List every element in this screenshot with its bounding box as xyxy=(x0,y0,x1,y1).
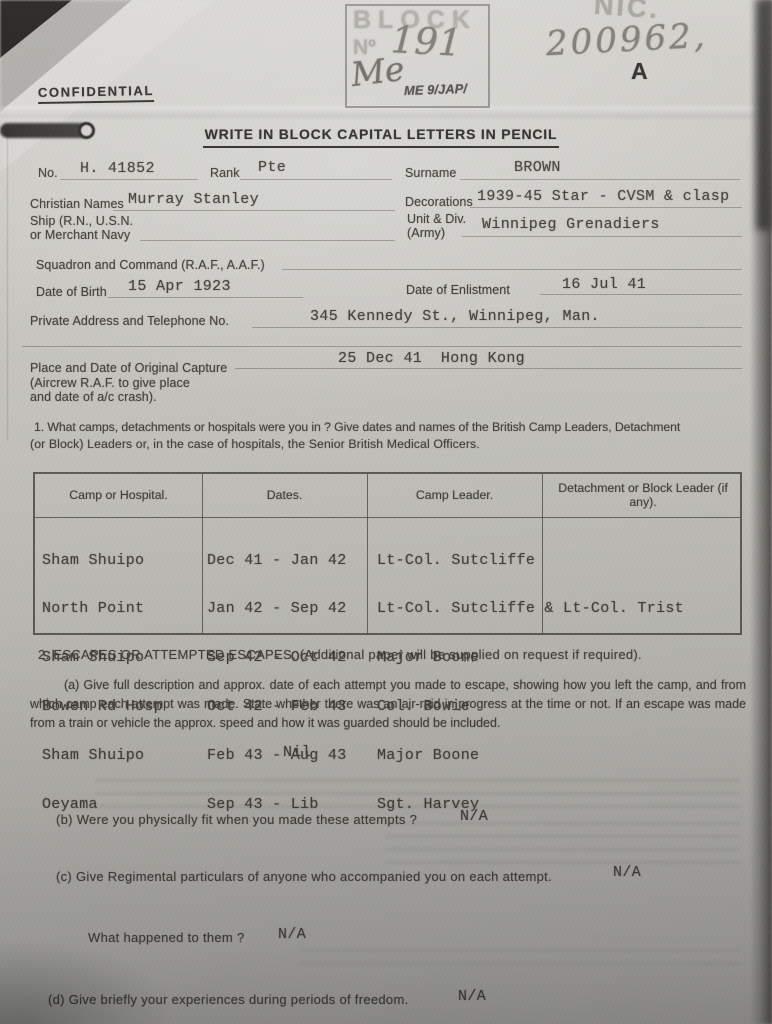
no-field-value: H. 41852 xyxy=(80,160,155,177)
question1-line2: (or Block) Leaders or, in the case of ho… xyxy=(30,437,480,451)
private-address-label: Private Address and Telephone No. xyxy=(30,314,229,328)
question2c2-answer: N/A xyxy=(278,926,306,943)
block-number-stamp-box: BLOCK Nº 191 Me ME 9/JAP/ xyxy=(345,4,490,108)
table-header-camp: Camp or Hospital. xyxy=(35,488,202,502)
christian-names-label: Christian Names xyxy=(30,197,124,211)
scanned-pow-questionnaire-page: BLOCK Nº 191 Me ME 9/JAP/ NIC. 200962, A… xyxy=(0,0,772,1024)
squadron-command-label: Squadron and Command (R.A.F., A.A.F.) xyxy=(36,258,265,272)
form-instruction-heading: WRITE IN BLOCK CAPITAL LETTERS IN PENCIL xyxy=(203,126,559,148)
rank-field-label: Rank xyxy=(210,166,240,180)
question2a-answer: Nil xyxy=(283,744,311,761)
question2a-paragraph: (a) Give full description and approx. da… xyxy=(30,676,746,733)
decorations-label: Decorations xyxy=(405,195,473,209)
question2d-label: (d) Give briefly your experiences during… xyxy=(48,992,409,1007)
ship-label-line1: Ship (R.N., U.S.N. xyxy=(30,214,133,228)
surname-field-value: BROWN xyxy=(514,159,561,176)
dates-cell: Jan 42 - Sep 42 xyxy=(207,601,347,617)
table-header-dates: Dates. xyxy=(202,488,367,502)
date-of-birth-value: 15 Apr 1923 xyxy=(128,278,231,295)
no-field-label: No. xyxy=(38,166,58,180)
leader-cell: Sgt. Harvey xyxy=(377,797,684,813)
decorations-value: 1939-45 Star - CVSM & clasp xyxy=(477,188,730,205)
capture-label-line2: (Aircrew R.A.F. to give place xyxy=(30,376,190,390)
christian-names-value: Murray Stanley xyxy=(128,191,259,208)
capture-label-line1: Place and Date of Original Capture xyxy=(30,361,227,375)
question1-line1: 1. What camps, detachments or hospitals … xyxy=(34,420,680,434)
question2-heading: 2. ESCAPES OR ATTEMPTED ESCAPES. (Additi… xyxy=(38,647,642,662)
unit-div-label-line2: (Army) xyxy=(407,226,445,240)
handwritten-file-number: 200962, xyxy=(545,16,708,64)
ship-label-line2: or Merchant Navy xyxy=(30,228,130,242)
date-of-enlistment-label: Date of Enlistment xyxy=(406,283,510,297)
camp-cell: North Point xyxy=(42,601,163,617)
table-header-divider xyxy=(35,517,740,518)
mi9-jap-stamp: ME 9/JAP/ xyxy=(404,81,467,98)
capture-value: 25 Dec 41 Hong Kong xyxy=(338,350,525,367)
ink-bleedthrough xyxy=(300,941,740,965)
question2d-answer: N/A xyxy=(458,988,486,1005)
dates-cell: Dec 41 - Jan 42 xyxy=(207,553,347,569)
question2c2-label: What happened to them ? xyxy=(88,930,245,945)
private-address-value: 345 Kennedy St., Winnipeg, Man. xyxy=(310,308,600,325)
camp-cell: Oeyama xyxy=(42,797,163,813)
question2c-label: (c) Give Regimental particulars of anyon… xyxy=(56,869,552,884)
leader-cell: Lt-Col. Sutcliffe & Lt-Col. Trist xyxy=(377,601,684,617)
table-header-leader: Camp Leader. xyxy=(367,488,542,502)
date-of-enlistment-value: 16 Jul 41 xyxy=(562,276,646,293)
letter-a-mark: A xyxy=(631,58,648,85)
dates-cell: Feb 43 - Aug 43 xyxy=(207,748,347,764)
dates-cell: Sep 43 - Lib xyxy=(207,797,347,813)
paper-left-edge-line xyxy=(7,130,8,440)
surname-field-label: Surname xyxy=(405,166,456,180)
staple-head xyxy=(78,122,95,139)
rank-field-value: Pte xyxy=(258,159,286,176)
unit-div-label-line1: Unit & Div. xyxy=(407,212,466,226)
capture-label-line3: and date of a/c crash). xyxy=(30,390,157,404)
table-header-detachment: Detachment or Block Leader (if any). xyxy=(554,481,732,509)
confidential-heading: CONFIDENTIAL xyxy=(38,83,154,104)
question2b-answer: N/A xyxy=(460,808,488,825)
camps-table: Camp or Hospital. Dates. Camp Leader. De… xyxy=(33,472,742,635)
leader-cell: Major Boone xyxy=(377,748,684,764)
date-of-birth-label: Date of Birth xyxy=(36,285,107,299)
leader-cell: Lt-Col. Sutcliffe xyxy=(377,553,684,569)
camp-cell: Sham Shuipo xyxy=(42,748,163,764)
question2c-answer: N/A xyxy=(613,864,641,881)
scan-shadow-right-top xyxy=(757,0,772,230)
handwritten-initials: Me xyxy=(349,49,407,94)
question2b-label: (b) Were you physically fit when you mad… xyxy=(56,812,417,827)
camp-cell: Sham Shuipo xyxy=(42,553,163,569)
unit-div-value: Winnipeg Grenadiers xyxy=(482,216,660,233)
